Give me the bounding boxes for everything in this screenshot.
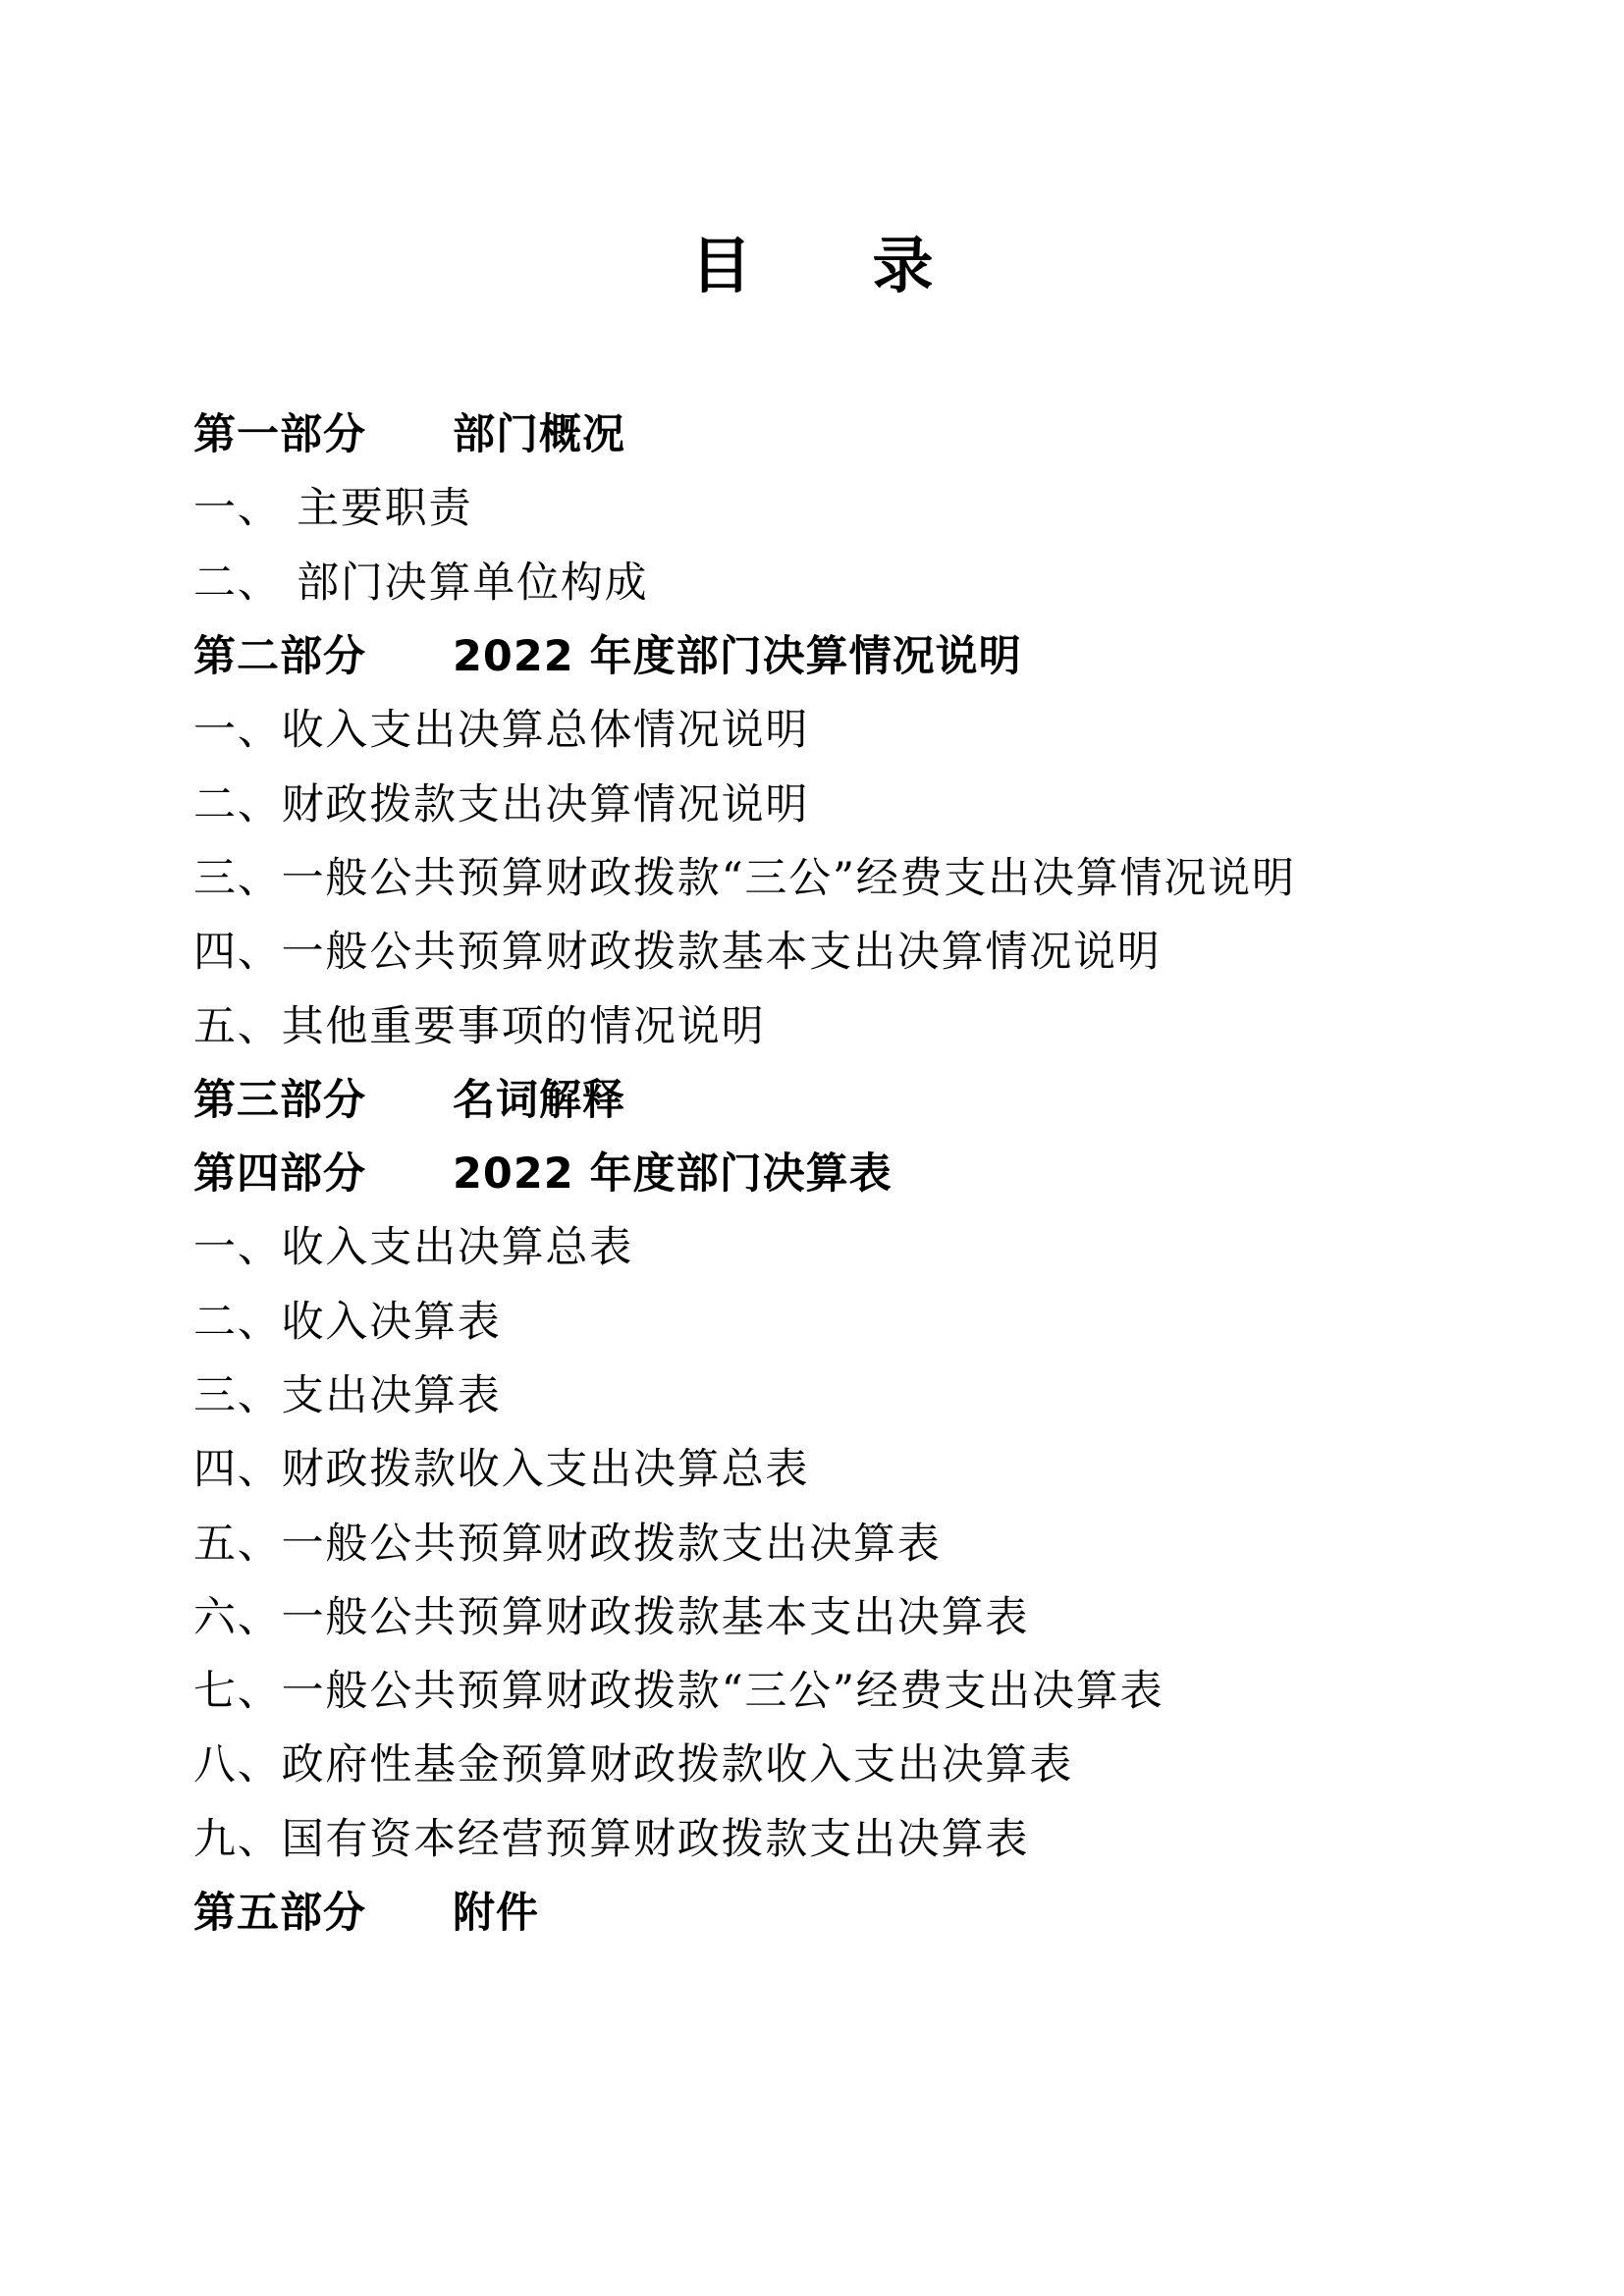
toc-section-heading: 第一部分部门概况 [193,395,1470,468]
toc-section-heading: 第二部分2022 年度部门决算情况说明 [193,616,1470,690]
toc-item-text: 一、 主要职责 [193,475,472,535]
section-title: 名词解释 [453,1067,625,1127]
section-title: 2022 年度部门决算表 [453,1141,893,1201]
section-title: 部门概况 [453,401,625,461]
toc-item: 四、财政拨款收入支出决算总表 [193,1429,1470,1503]
title-char-right: 录 [873,236,934,296]
section-label: 第五部分 [193,1880,366,1940]
toc-item: 二、收入决算表 [193,1282,1470,1356]
toc-item-text: 三、一般公共预算财政拨款“三公”经费支出决算情况说明 [193,845,1296,905]
toc-item: 三、一般公共预算财政拨款“三公”经费支出决算情况说明 [193,838,1470,912]
section-label: 第二部分 [193,623,366,683]
page-title: 目 录 [0,236,1624,296]
section-label: 第四部分 [193,1141,366,1201]
toc-item-text: 二、 部门决算单位构成 [193,550,648,610]
toc-item: 四、一般公共预算财政拨款基本支出决算情况说明 [193,912,1470,986]
toc-item: 五、其他重要事项的情况说明 [193,986,1470,1059]
table-of-contents: 第一部分部门概况一、 主要职责二、 部门决算单位构成第二部分2022 年度部门决… [193,395,1470,1947]
toc-item-text: 八、政府性基金预算财政拨款收入支出决算表 [193,1732,1073,1791]
toc-item-text: 九、国有资本经营预算财政拨款支出决算表 [193,1806,1029,1866]
toc-item-text: 六、一般公共预算财政拨款基本支出决算表 [193,1584,1029,1644]
toc-item: 一、收入支出决算总表 [193,1207,1470,1281]
toc-item-text: 四、财政拨款收入支出决算总表 [193,1436,809,1496]
toc-section-heading: 第四部分2022 年度部门决算表 [193,1134,1470,1207]
toc-item: 二、 部门决算单位构成 [193,543,1470,616]
document-page: 目 录 第一部分部门概况一、 主要职责二、 部门决算单位构成第二部分2022 年… [0,0,1624,2296]
section-label: 第一部分 [193,401,366,461]
toc-section-heading: 第五部分附件 [193,1873,1470,1947]
toc-item: 一、收入支出决算总体情况说明 [193,690,1470,764]
toc-item: 一、 主要职责 [193,468,1470,542]
toc-item-text: 一、收入支出决算总体情况说明 [193,697,809,757]
toc-item: 七、一般公共预算财政拨款“三公”经费支出决算表 [193,1651,1470,1725]
toc-item-text: 三、支出决算表 [193,1362,502,1422]
toc-item: 五、一般公共预算财政拨款支出决算表 [193,1503,1470,1576]
toc-item: 二、财政拨款支出决算情况说明 [193,764,1470,837]
toc-item-text: 一、收入支出决算总表 [193,1214,633,1274]
section-label: 第三部分 [193,1067,366,1127]
toc-item-text: 七、一般公共预算财政拨款“三公”经费支出决算表 [193,1658,1164,1718]
toc-item-text: 四、一般公共预算财政拨款基本支出决算情况说明 [193,919,1162,979]
toc-item: 八、政府性基金预算财政拨款收入支出决算表 [193,1725,1470,1798]
toc-section-heading: 第三部分名词解释 [193,1060,1470,1134]
section-title: 2022 年度部门决算情况说明 [453,623,1022,683]
toc-item: 九、国有资本经营预算财政拨款支出决算表 [193,1799,1470,1873]
toc-item: 六、一般公共预算财政拨款基本支出决算表 [193,1577,1470,1651]
toc-item-text: 五、其他重要事项的情况说明 [193,993,765,1053]
title-char-left: 目 [690,236,751,296]
toc-item-text: 五、一般公共预算财政拨款支出决算表 [193,1511,942,1571]
toc-item: 三、支出决算表 [193,1356,1470,1429]
toc-item-text: 二、收入决算表 [193,1289,502,1349]
toc-item-text: 二、财政拨款支出决算情况说明 [193,772,809,831]
section-title: 附件 [453,1880,539,1940]
